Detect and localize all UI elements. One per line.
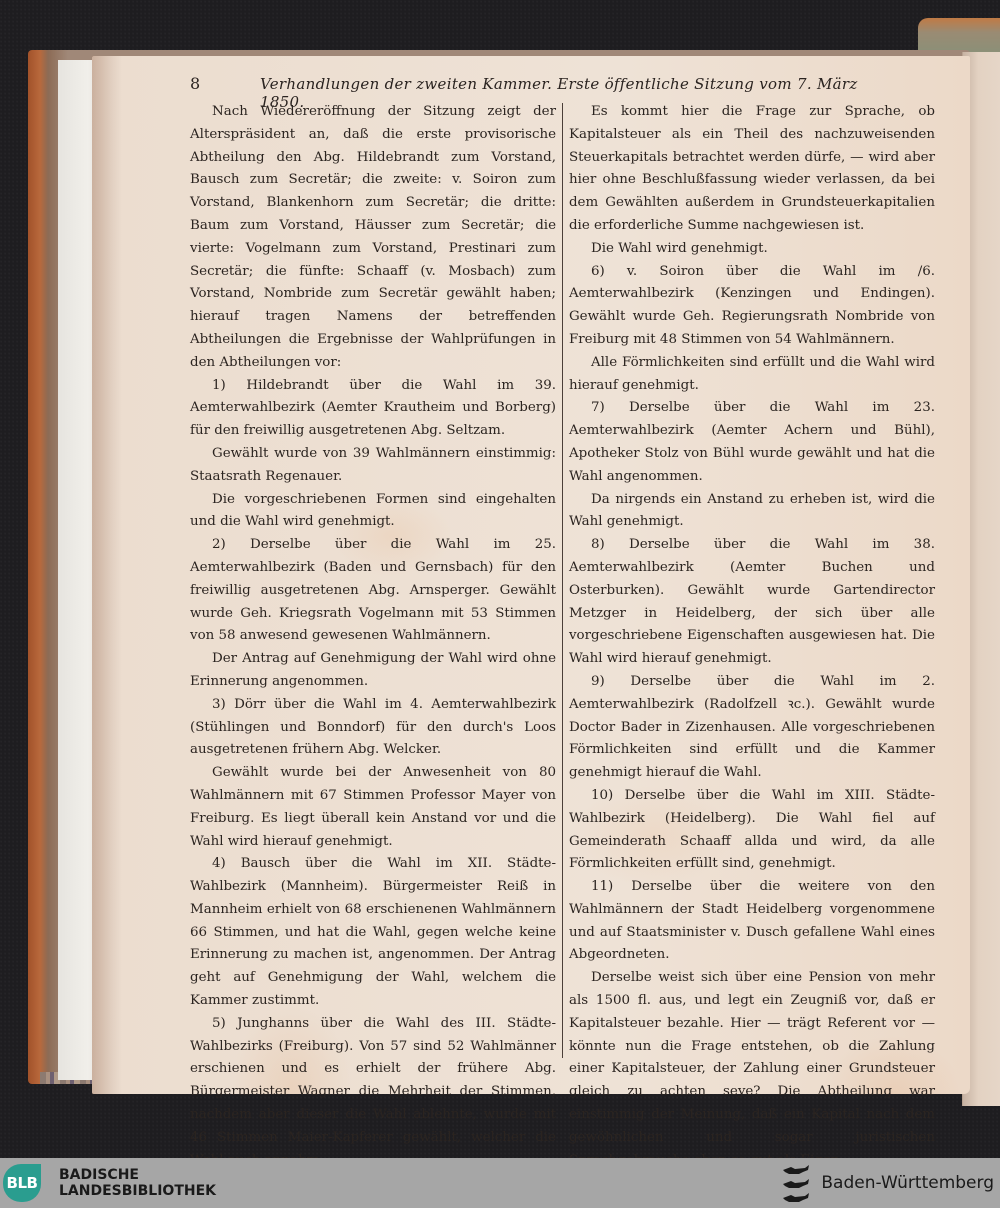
gutter-shadow — [92, 56, 122, 1094]
baden-wuerttemberg-label: Baden-Württemberg — [821, 1173, 994, 1193]
book-spine-edge — [918, 18, 1000, 54]
paragraph: 9) Derselbe über die Wahl im 2. Aemterwa… — [569, 671, 935, 785]
blb-logo-icon: BLB — [3, 1164, 41, 1202]
paragraph: 7) Derselbe über die Wahl im 23. Aemterw… — [569, 397, 935, 488]
paragraph: 4) Bausch über die Wahl im XII. Städte-W… — [190, 853, 556, 1013]
left-column: Nach Wiedereröffnung der Sitzung zeigt d… — [190, 101, 562, 1051]
baden-wuerttemberg-branding[interactable]: Baden-Württemberg — [781, 1162, 994, 1204]
paragraph: 10) Derselbe über die Wahl im XIII. Städ… — [569, 785, 935, 876]
paragraph: Die vorgeschriebenen Formen sind eingeha… — [190, 489, 556, 535]
paragraph: 1) Hildebrandt über die Wahl im 39. Aemt… — [190, 375, 556, 443]
paragraph: Der Antrag auf Genehmigung der Wahl wird… — [190, 648, 556, 694]
blb-name: BADISCHE LANDESBIBLIOTHEK — [59, 1167, 216, 1199]
paragraph: 8) Derselbe über die Wahl im 38. Aemterw… — [569, 534, 935, 671]
paragraph: Nach Wiedereröffnung der Sitzung zeigt d… — [190, 101, 556, 375]
paragraph: 6) v. Soiron über die Wahl im /6. Aemter… — [569, 261, 935, 352]
text-columns: Nach Wiedereröffnung der Sitzung zeigt d… — [190, 101, 935, 1051]
paragraph: Gewählt wurde bei der Anwesenheit von 80… — [190, 762, 556, 853]
blb-name-line2: LANDESBIBLIOTHEK — [59, 1183, 216, 1199]
three-lions-crest-icon — [781, 1162, 811, 1204]
blb-branding[interactable]: BLB BADISCHE LANDESBIBLIOTHEK — [0, 1158, 216, 1208]
paragraph: Derselbe weist sich über eine Pension vo… — [569, 967, 935, 1172]
paragraph: 2) Derselbe über die Wahl im 25. Aemterw… — [190, 534, 556, 648]
paragraph: Da nirgends ein Anstand zu erheben ist, … — [569, 489, 935, 535]
right-column: Es kommt hier die Frage zur Sprache, ob … — [563, 101, 935, 1051]
paragraph: Alle Förmlichkeiten sind erfüllt und die… — [569, 352, 935, 398]
paragraph: Gewählt wurde von 39 Wahlmännern einstim… — [190, 443, 556, 489]
blb-name-line1: BADISCHE — [59, 1167, 216, 1183]
paragraph: 5) Junghanns über die Wahl des III. Städ… — [190, 1013, 556, 1173]
paragraph: 3) Dörr über die Wahl im 4. Aemterwahlbe… — [190, 694, 556, 762]
paragraph: Die Wahl wird genehmigt. — [569, 238, 935, 261]
page-number: 8 — [190, 74, 260, 93]
paragraph: Es kommt hier die Frage zur Sprache, ob … — [569, 101, 935, 238]
footer-bar: BLB BADISCHE LANDESBIBLIOTHEK Baden-Würt… — [0, 1158, 1000, 1208]
paragraph: 11) Derselbe über die weitere von den Wa… — [569, 876, 935, 967]
